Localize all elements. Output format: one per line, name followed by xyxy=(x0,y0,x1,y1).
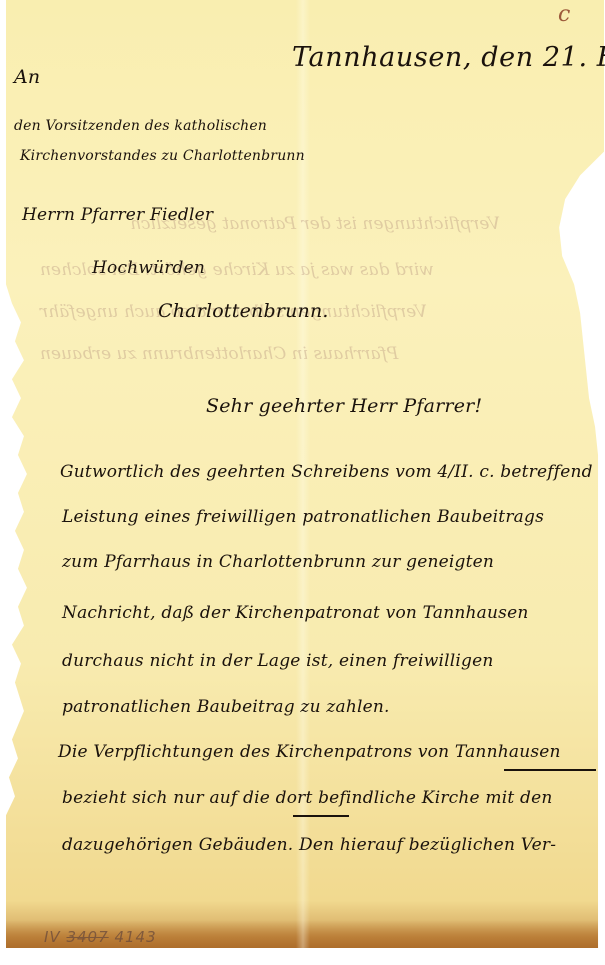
salutation: Sehr geehrter Herr Pfarrer! xyxy=(206,395,482,417)
pencil-corner-mark: c xyxy=(558,2,570,27)
body-line: Leistung eines freiwilligen patronatlich… xyxy=(62,507,544,527)
address-prefix: An xyxy=(14,66,40,88)
archive-struck-number: 3407 xyxy=(66,928,108,946)
body-line: zum Pfarrhaus in Charlottenbrunn zur gen… xyxy=(62,552,494,572)
body-line: bezieht sich nur auf die dort befindlich… xyxy=(62,788,552,808)
address-line: den Vorsitzenden des katholischen xyxy=(14,118,267,134)
recipient-honorific: Hochwürden xyxy=(92,258,205,278)
archive-current-number: 4143 xyxy=(114,928,156,946)
archive-roman: IV xyxy=(44,928,61,946)
address-line: Kirchenvorstandes zu Charlottenbrunn xyxy=(20,148,305,164)
recipient-town: Charlottenbrunn. xyxy=(158,300,329,322)
underline-tannhausen xyxy=(504,769,596,771)
body-line: Gutwortlich des geehrten Schreibens vom … xyxy=(60,462,593,482)
body-line: durchaus nicht in der Lage ist, einen fr… xyxy=(62,651,494,671)
place-date-heading: Tannhausen, den 21. Februar 1911 xyxy=(292,42,605,73)
body-line: dazugehörigen Gebäuden. Den hierauf bezü… xyxy=(62,835,556,855)
recipient-name: Herrn Pfarrer Fiedler xyxy=(22,205,213,225)
archive-number: IV 3407 4143 xyxy=(44,928,157,946)
underline-dort xyxy=(293,815,349,817)
body-line: Die Verpflichtungen des Kirchenpatrons v… xyxy=(58,742,561,762)
bleed-through-line: Pfarrhaus in Charlottenbrunn zu erbauen xyxy=(40,344,398,364)
body-line: patronatlichen Baubeitrag zu zahlen. xyxy=(62,697,390,717)
body-line: Nachricht, daß der Kirchenpatronat von T… xyxy=(62,603,528,623)
